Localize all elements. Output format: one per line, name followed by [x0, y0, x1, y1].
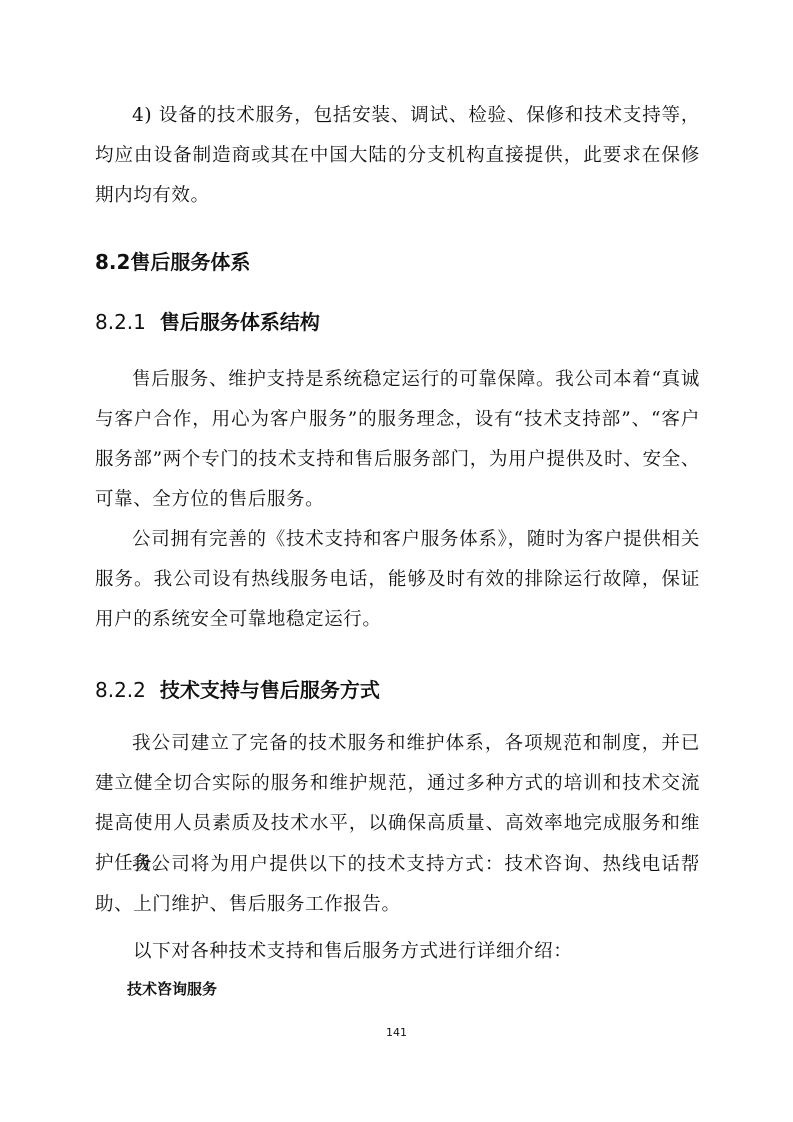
paragraph-service-system: 公司拥有完善的《技术支持和客户服务体系》，随时为客户提供相关服务。我公司设有热线…: [95, 520, 700, 640]
subheading-technical-consulting: 技术咨询服务: [127, 978, 217, 999]
paragraph-support-methods: 我公司将为用户提供以下的技术支持方式：技术咨询、热线电话帮助、上门维护、售后服务…: [95, 845, 700, 925]
document-page: 4) 设备的技术服务，包括安装、调试、检验、保修和技术支持等，均应由设备制造商或…: [0, 0, 793, 1122]
paragraph-service-structure: 售后服务、维护支持是系统稳定运行的可靠保障。我公司本着“真诚与客户合作，用心为客…: [95, 360, 700, 520]
page-number: 141: [0, 1026, 793, 1039]
section-title: 售后服务体系结构: [160, 310, 320, 334]
section-number: 8.2.1: [95, 310, 146, 334]
section-number: 8.2.2: [95, 678, 146, 702]
section-title: 技术支持与售后服务方式: [160, 678, 380, 702]
paragraph-intro: 以下对各种技术支持和售后服务方式进行详细介绍：: [133, 932, 703, 972]
section-heading-8-2-2: 8.2.2技术支持与售后服务方式: [95, 674, 380, 703]
section-heading-8-2-1: 8.2.1售后服务体系结构: [95, 306, 320, 335]
section-heading-8-2: 8.2售后服务体系: [95, 246, 250, 275]
paragraph-item-4: 4) 设备的技术服务，包括安装、调试、检验、保修和技术支持等，均应由设备制造商或…: [95, 96, 700, 216]
